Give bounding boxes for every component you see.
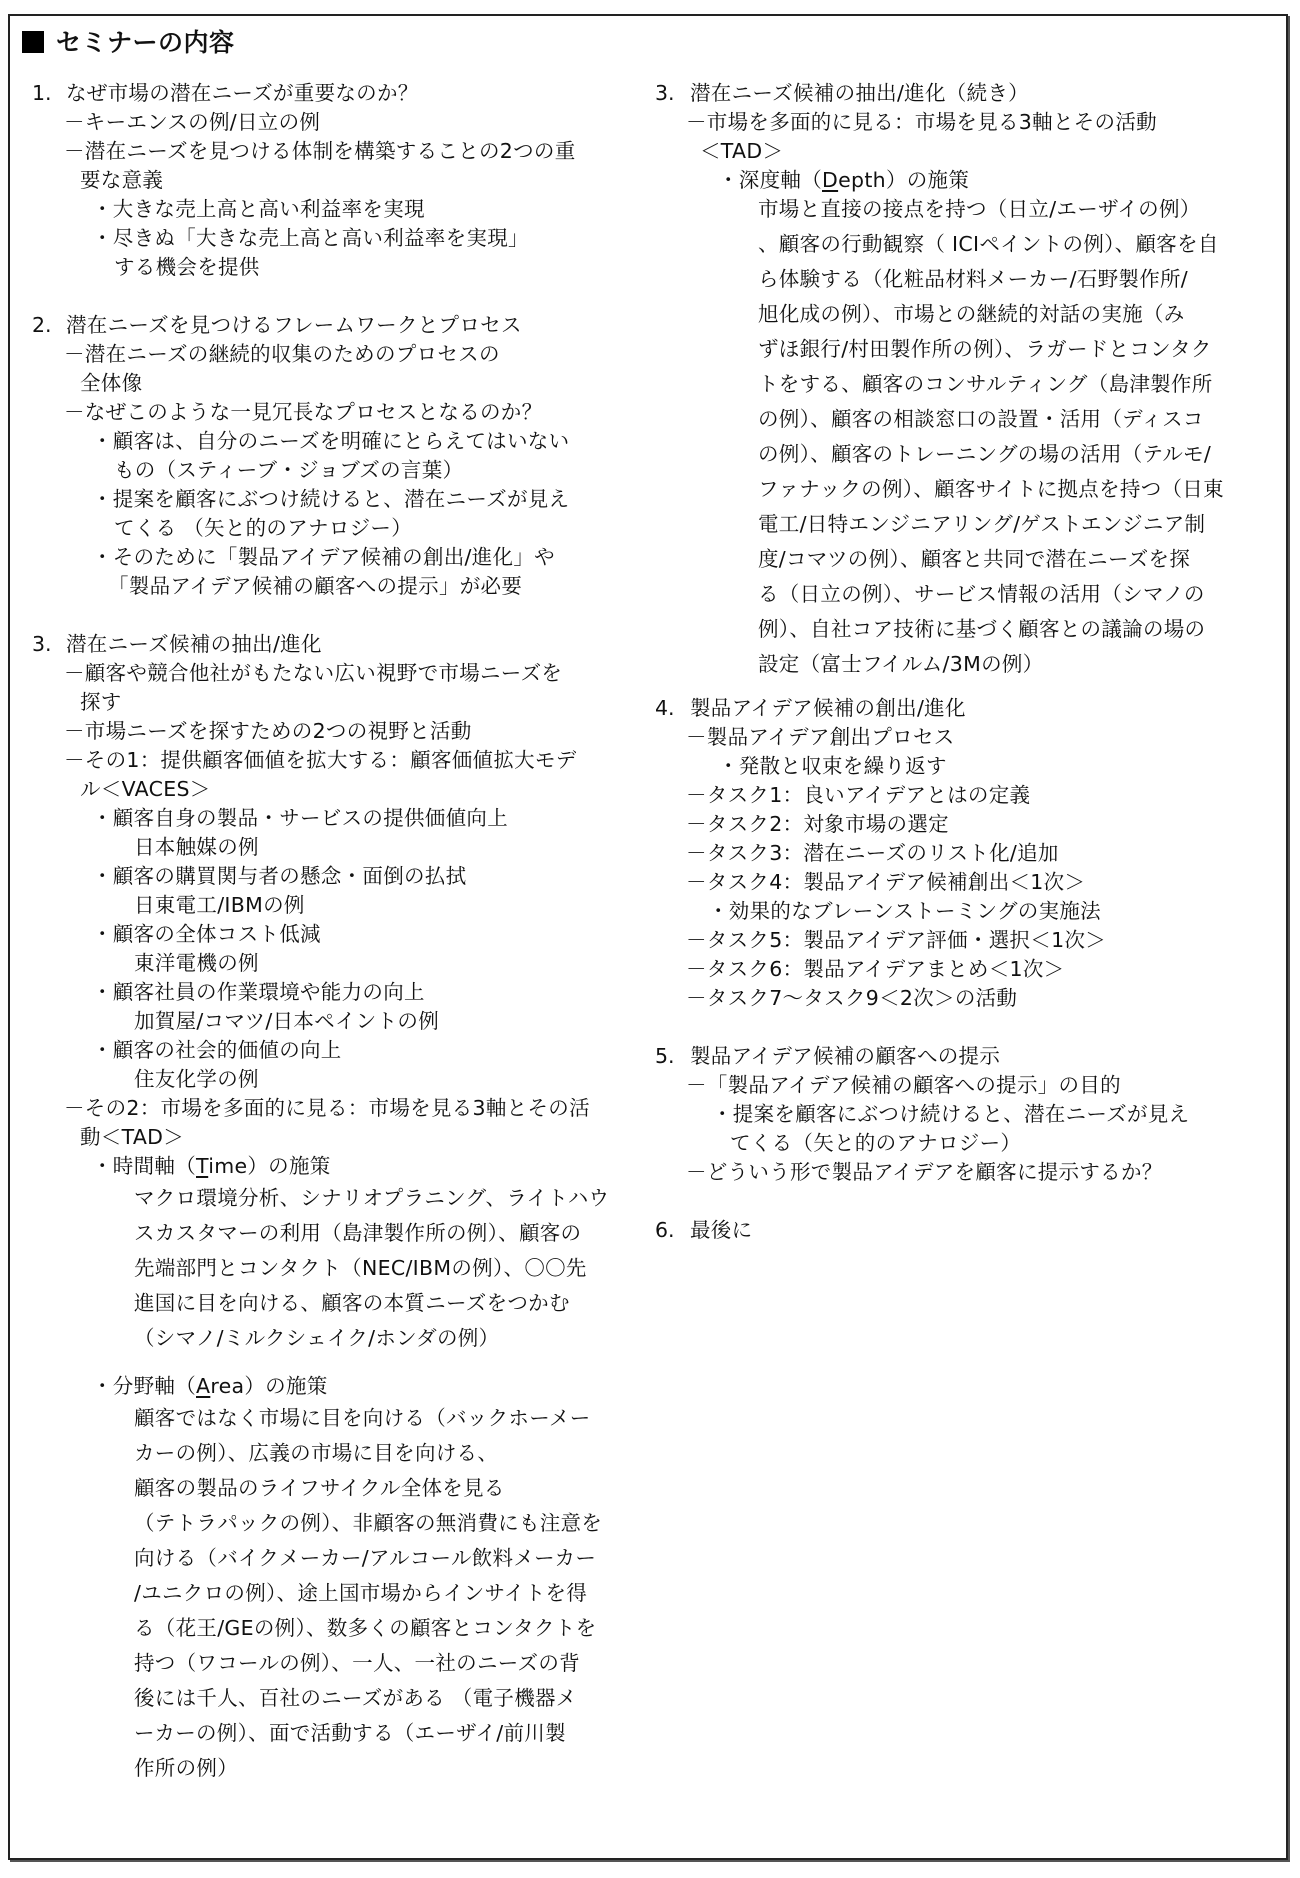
list-item: てくる（矢と的のアナロジー） <box>730 1129 1021 1157</box>
list-item: －潜在ニーズの継続的収集のためのプロセスの <box>64 340 500 368</box>
list-item: ・分野軸（Area）の施策 <box>92 1372 328 1400</box>
section-number: 3. <box>655 79 675 107</box>
section-heading: 潜在ニーズ候補の抽出/進化 <box>66 630 322 658</box>
list-item: ・顧客は、自分のニーズを明確にとらえてはいない <box>92 427 569 455</box>
section-heading: 最後に <box>690 1216 752 1244</box>
list-item: る（日立の例）、サービス情報の活用（シマノの <box>758 580 1205 608</box>
list-item: カーの例）、広義の市場に目を向ける、 <box>134 1439 498 1467</box>
list-item: 旭化成の例）、市場との継続的対話の実施（み <box>758 300 1185 328</box>
list-item: ・提案を顧客にぶつけ続けると、潜在ニーズが見え <box>92 485 569 513</box>
list-item: －潜在ニーズを見つける体制を構築することの2つの重 <box>64 137 576 165</box>
list-item: －キーエンスの例/日立の例 <box>64 108 320 136</box>
section-heading: なぜ市場の潜在ニーズが重要なのか？ <box>66 79 419 107</box>
list-item: ル＜VACES＞ <box>80 775 211 803</box>
list-item: ・顧客の購買関与者の懸念・面倒の払拭 <box>92 862 466 890</box>
list-item: －タスク4：製品アイデア候補創出＜1次＞ <box>686 868 1085 896</box>
page-title-text: セミナーの内容 <box>56 28 235 57</box>
list-item: －タスク2：対象市場の選定 <box>686 810 949 838</box>
list-item: ・提案を顧客にぶつけ続けると、潜在ニーズが見え <box>712 1100 1189 1128</box>
list-item: －なぜこのような一見冗長なプロセスとなるのか？ <box>64 398 542 426</box>
list-item: 住友化学の例 <box>134 1065 259 1093</box>
list-item: ・顧客自身の製品・サービスの提供価値向上 <box>92 804 508 832</box>
list-item: －その1：提供顧客価値を拡大する：顧客価値拡大モデ <box>64 746 577 774</box>
list-item: －どういう形で製品アイデアを顧客に提示するか？ <box>686 1158 1163 1186</box>
page-title: セミナーの内容 <box>22 26 235 60</box>
list-item: －「製品アイデア候補の顧客への提示」の目的 <box>686 1071 1121 1099</box>
list-item: －タスク5：製品アイデア評価・選択＜1次＞ <box>686 926 1106 954</box>
list-item: 「製品アイデア候補の顧客への提示」が必要 <box>108 572 522 600</box>
list-item: －市場ニーズを探すための2つの視野と活動 <box>64 717 472 745</box>
list-item: 、顧客の行動観察（ ICIペイントの例）、顧客を自 <box>758 230 1219 258</box>
list-item: ・大きな売上高と高い利益率を実現 <box>92 195 425 223</box>
list-item: 向ける（バイクメーカー/アルコール飲料メーカー <box>134 1544 596 1572</box>
list-item: トをする、顧客のコンサルティング（島津製作所 <box>758 370 1213 398</box>
list-item: －タスク3：潜在ニーズのリスト化/追加 <box>686 839 1059 867</box>
list-item: ずほ銀行/村田製作所の例）、ラガードとコンタク <box>758 335 1212 363</box>
list-item: ーカーの例）、面で活動する（エーザイ/前川製 <box>134 1719 566 1747</box>
list-item: ・発散と収束を繰り返す <box>718 752 947 780</box>
list-item: －市場を多面的に見る：市場を見る3軸とその活動 <box>686 108 1157 136</box>
list-item: －製品アイデア創出プロセス <box>686 723 955 751</box>
list-item: てくる （矢と的のアナロジー） <box>114 514 412 542</box>
list-item: 探す <box>80 688 122 716</box>
list-item: 加賀屋/コマツ/日本ペイントの例 <box>134 1007 439 1035</box>
section-heading: 潜在ニーズを見つけるフレームワークとプロセス <box>66 311 522 339</box>
list-item: る（花王/GEの例）、数多くの顧客とコンタクトを <box>134 1614 596 1642</box>
list-item: 作所の例） <box>134 1754 238 1782</box>
section-number: 2. <box>32 311 52 339</box>
section-heading: 製品アイデア候補の創出/進化 <box>690 694 966 722</box>
list-item: 顧客ではなく市場に目を向ける（バックホーメー <box>134 1404 591 1432</box>
list-item: ファナックの例）、顧客サイトに拠点を持つ（日東 <box>758 475 1224 503</box>
list-item: ・効果的なブレーンストーミングの実施法 <box>708 897 1101 925</box>
list-item: ・顧客社員の作業環境や能力の向上 <box>92 978 425 1006</box>
list-item: （テトラパックの例）、非顧客の無消費にも注意を <box>134 1509 602 1537</box>
list-item: 東洋電機の例 <box>134 949 259 977</box>
list-item: 電工/日特エンジニアリング/ゲストエンジニア制 <box>758 510 1205 538</box>
list-item: 先端部門とコンタクト（NEC/IBMの例）、〇〇先 <box>134 1254 587 1282</box>
section-number: 4. <box>655 694 675 722</box>
section-heading: 製品アイデア候補の顧客への提示 <box>690 1042 1000 1070</box>
list-item: 後には千人、百社のニーズがある （電子機器メ <box>134 1684 577 1712</box>
list-item: もの（スティーブ・ジョブズの言葉） <box>114 456 463 484</box>
list-item: マクロ環境分析、シナリオプラニング、ライトハウ <box>134 1184 609 1212</box>
list-item: /ユニクロの例）、途上国市場からインサイトを得 <box>134 1579 587 1607</box>
list-item: ら体験する（化粧品材料メーカー/石野製作所/ <box>758 265 1188 293</box>
list-item: ・顧客の社会的価値の向上 <box>92 1036 342 1064</box>
section-number: 5. <box>655 1042 675 1070</box>
list-item: －タスク6：製品アイデアまとめ＜1次＞ <box>686 955 1064 983</box>
list-item: （シマノ/ミルクシェイク/ホンダの例） <box>134 1324 499 1352</box>
list-item: ・尽きぬ「大きな売上高と高い利益率を実現」 <box>92 224 529 252</box>
list-item: －タスク1：良いアイデアとはの定義 <box>686 781 1030 809</box>
list-item: 動＜TAD＞ <box>80 1123 184 1151</box>
square-bullet-icon <box>22 31 44 53</box>
list-item: 設定（富士フイルム/3Mの例） <box>758 650 1043 678</box>
list-item: 顧客の製品のライフサイクル全体を見る <box>134 1474 505 1502</box>
list-item: ・そのために「製品アイデア候補の創出/進化」や <box>92 543 555 571</box>
list-item: －顧客や競合他社がもたない広い視野で市場ニーズを <box>64 659 562 687</box>
list-item: の例）、顧客の相談窓口の設置・活用（ディスコ <box>758 405 1204 433</box>
list-item: 日本触媒の例 <box>134 833 259 861</box>
list-item: －その2：市場を多面的に見る：市場を見る3軸とその活 <box>64 1094 590 1122</box>
list-item: する機会を提供 <box>114 253 260 281</box>
list-item: 要な意義 <box>80 166 163 194</box>
list-item: の例）、顧客のトレーニングの場の活用（テルモ/ <box>758 440 1211 468</box>
list-item: ・顧客の全体コスト低減 <box>92 920 321 948</box>
list-item: 市場と直接の接点を持つ（日立/エーザイの例） <box>758 195 1201 223</box>
list-item: 例）、自社コア技術に基づく顧客との議論の場の <box>758 615 1205 643</box>
list-item: ・深度軸（Depth）の施策 <box>718 166 969 194</box>
list-item: 持つ（ワコールの例）、一人、一社のニーズの背 <box>134 1649 580 1677</box>
list-item: 日東電工/IBMの例 <box>134 891 305 919</box>
list-item: 進国に目を向ける、顧客の本質ニーズをつかむ <box>134 1289 570 1317</box>
list-item: ＜TAD＞ <box>700 137 783 165</box>
section-heading: 潜在ニーズ候補の抽出/進化（続き） <box>690 79 1029 107</box>
list-item: 全体像 <box>80 369 142 397</box>
list-item: スカスタマーの利用（島津製作所の例）、顧客の <box>134 1219 581 1247</box>
list-item: －タスク7～タスク9＜2次＞の活動 <box>686 984 1017 1012</box>
list-item: 度/コマツの例）、顧客と共同で潜在ニーズを探 <box>758 545 1190 573</box>
section-number: 6. <box>655 1216 675 1244</box>
list-item: ・時間軸（Time）の施策 <box>92 1152 331 1180</box>
section-number: 3. <box>32 630 52 658</box>
section-number: 1. <box>32 79 52 107</box>
